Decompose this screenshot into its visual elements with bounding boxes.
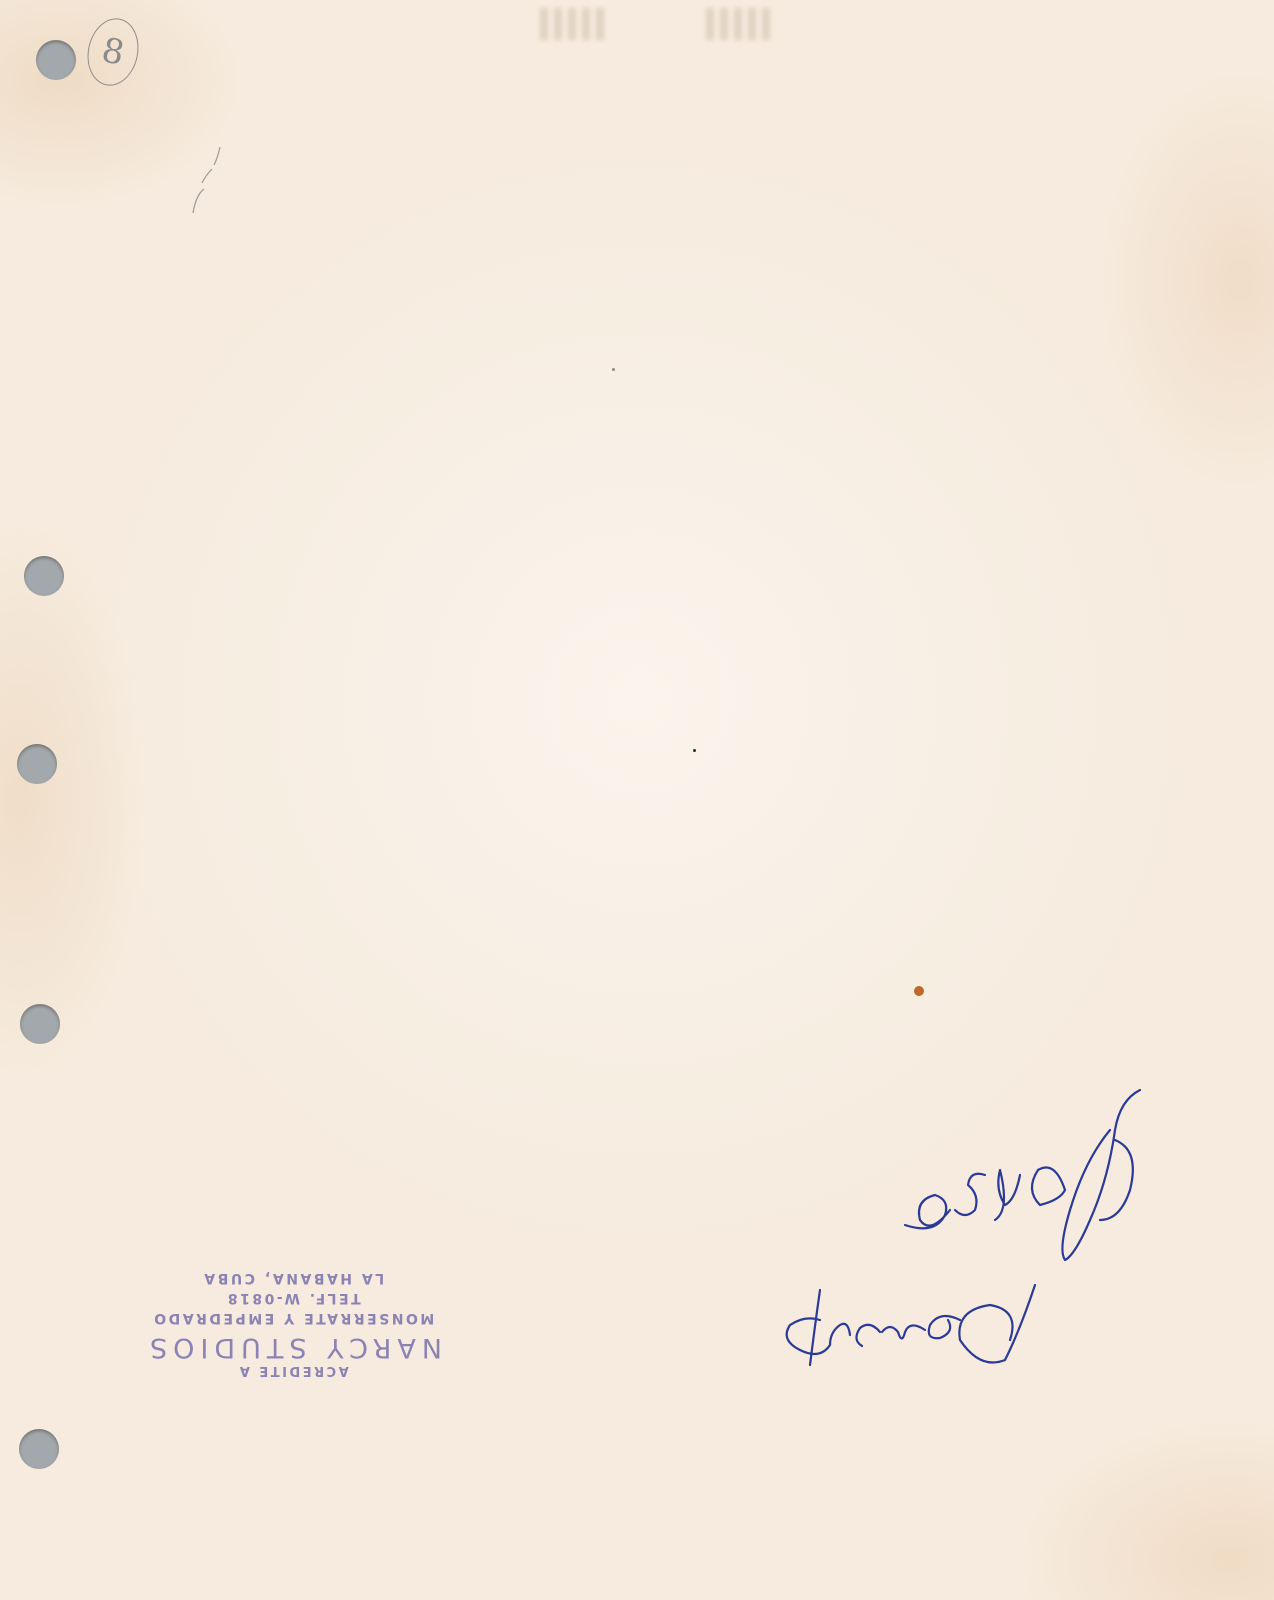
binder-hole bbox=[17, 744, 57, 784]
stamp-studio-name: NARCY STUDIOS bbox=[128, 1332, 458, 1363]
stamp-address-line: MONSERRATE Y EMPEDRADO bbox=[128, 1308, 458, 1328]
pencil-mark bbox=[190, 145, 230, 215]
ink-dot bbox=[693, 749, 696, 752]
handwritten-signature: Pancho Alonso bbox=[720, 1070, 1160, 1370]
page-number-text: 8 bbox=[98, 30, 127, 74]
ink-dot bbox=[612, 368, 615, 371]
binder-hole bbox=[20, 1004, 60, 1044]
binder-hole bbox=[24, 556, 64, 596]
rust-spot bbox=[914, 986, 924, 996]
stamp-credit-line: ACREDITE A bbox=[128, 1363, 458, 1378]
binder-hole bbox=[19, 1429, 59, 1469]
top-smudge bbox=[706, 8, 776, 40]
binder-hole bbox=[36, 40, 76, 80]
stamp-city-line: LA HABANA, CUBA bbox=[128, 1268, 458, 1288]
stamp-phone-line: TELF. W-0818 bbox=[128, 1288, 458, 1308]
studio-stamp: ACREDITE A NARCY STUDIOS MONSERRATE Y EM… bbox=[128, 1268, 458, 1378]
top-smudge bbox=[540, 8, 610, 40]
